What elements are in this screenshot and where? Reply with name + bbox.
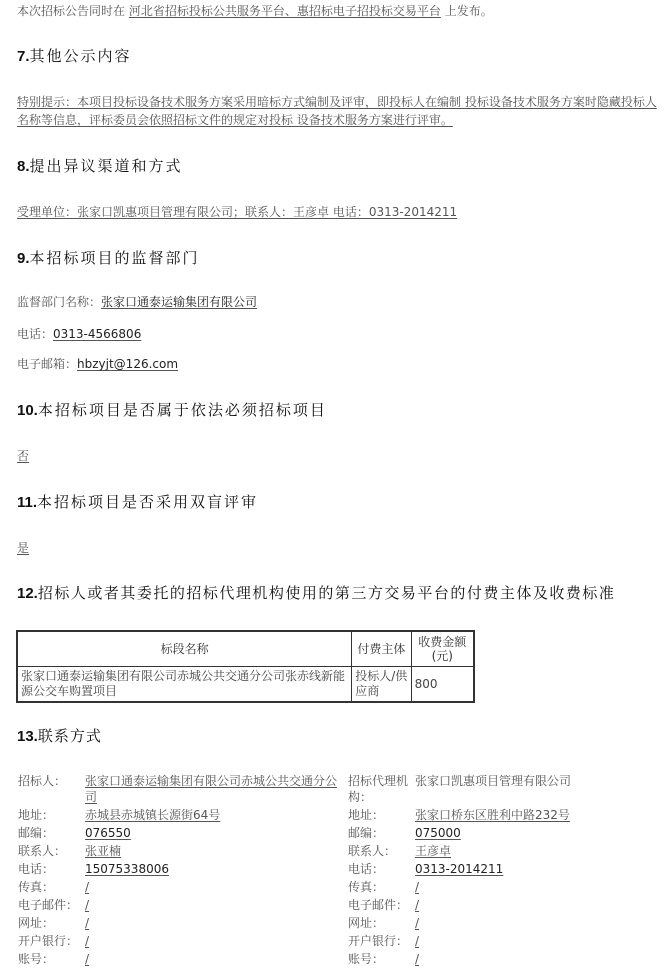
section-10-heading: 10.本招标项目是否属于依法必须招标项目 (17, 400, 327, 421)
section-9-heading: 9.本招标项目的监督部门 (17, 248, 200, 269)
cell-payer: 投标人/供应商 (352, 667, 411, 703)
cell-section-name: 张家口通泰运输集团有限公司赤城公共交通分公司张赤线新能源公交车购置项目 (17, 667, 352, 703)
supervisor-dept-label: 监督部门名称： (17, 295, 101, 309)
intro-suffix: 上发布。 (445, 4, 493, 18)
section-8-heading: 8.提出异议渠道和方式 (17, 156, 183, 177)
supervisor-dept-value: 张家口通泰运输集团有限公司 (101, 295, 257, 309)
supervisor-dept: 监督部门名称：张家口通泰运输集团有限公司 (17, 294, 257, 310)
supervisor-email-value[interactable]: hbzyjt@126.com (77, 357, 178, 371)
platform-link[interactable]: 河北省招标投标公共服务平台、惠招标电子招投标交易平台 (129, 4, 441, 18)
cell-amount: 800 (411, 667, 474, 703)
header-section-name: 标段名称 (17, 631, 352, 667)
fee-table-header-row: 标段名称 付费主体 收费金额 (元) (17, 631, 474, 667)
supervisor-phone: 电话：0313-4566806 (17, 326, 141, 342)
special-notice-line2: 名称等信息，评标委员会依照招标文件的规定对投标 设备技术服务方案进行评审。 (17, 112, 453, 128)
supervisor-phone-value: 0313-4566806 (53, 327, 141, 341)
special-notice-line1: 特别提示：本项目投标设备技术服务方案采用暗标方式编制及评审，即投标人在编制 投标… (17, 94, 657, 110)
section-12-heading: 12.招标人或者其委托的招标代理机构使用的第三方交易平台的付费主体及收费标准 (17, 583, 615, 604)
table-row: 张家口通泰运输集团有限公司赤城公共交通分公司张赤线新能源公交车购置项目 投标人/… (17, 667, 474, 703)
header-fee-amount: 收费金额 (元) (411, 631, 474, 667)
supervisor-phone-label: 电话： (17, 327, 53, 341)
fee-table: 标段名称 付费主体 收费金额 (元) 张家口通泰运输集团有限公司赤城公共交通分公… (16, 630, 475, 703)
section-10-answer: 否 (17, 448, 29, 464)
section-13-heading: 13.联系方式 (17, 726, 102, 747)
intro-prefix: 本次招标公告同时在 (17, 4, 125, 18)
objection-contact-text: 受理单位：张家口凯惠项目管理有限公司；联系人：王彦卓 电话：0313-20142… (17, 204, 457, 220)
supervisor-email: 电子邮箱：hbzyjt@126.com (17, 356, 178, 372)
section-11-answer: 是 (17, 540, 29, 556)
section-7-heading: 7.其他公示内容 (17, 46, 132, 67)
section-11-heading: 11.本招标项目是否采用双盲评审 (17, 492, 258, 513)
supervisor-email-label: 电子邮箱： (17, 357, 77, 371)
header-payer: 付费主体 (352, 631, 411, 667)
intro-paragraph: 本次招标公告同时在 河北省招标投标公共服务平台、惠招标电子招投标交易平台 上发布… (17, 3, 493, 19)
